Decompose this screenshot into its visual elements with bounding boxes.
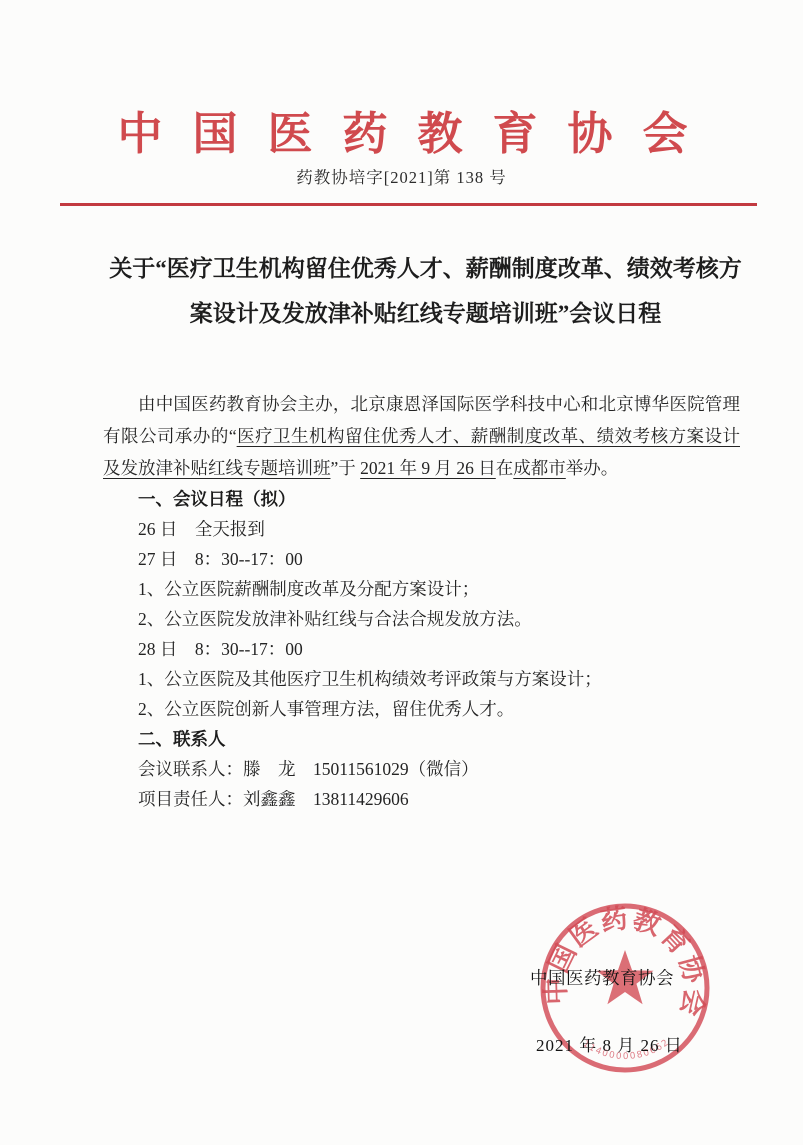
- contact-line: 项目责任人：刘鑫鑫 13811429606: [138, 784, 740, 814]
- document-title-line2: 案设计及发放津补贴红线专题培训班”会议日程: [103, 291, 748, 336]
- document-number: 药教协培字[2021]第 138 号: [0, 166, 803, 190]
- intro-text: 在: [496, 458, 514, 478]
- scanned-document-page: 中国医药教育协会 药教协培字[2021]第 138 号 关于“医疗卫生机构留住优…: [0, 0, 803, 1145]
- intro-underlined-city: 成都市: [513, 458, 566, 478]
- schedule-line: 28 日 8：30--17：00: [138, 634, 740, 664]
- intro-paragraph: 由中国医药教育协会主办，北京康恩泽国际医学科技中心和北京博华医院管理有限公司承办…: [103, 388, 740, 484]
- signature-date: 2021 年 8 月 26 日: [536, 1031, 683, 1056]
- section-heading-contacts: 二、联系人: [138, 724, 740, 754]
- document-body: 由中国医药教育协会主办，北京康恩泽国际医学科技中心和北京博华医院管理有限公司承办…: [103, 388, 740, 814]
- letterhead-org-name: 中国医药教育协会: [16, 106, 803, 162]
- section-heading-agenda: 一、会议日程（拟）: [138, 484, 740, 514]
- schedule-line: 2、公立医院创新人事管理方法，留住优秀人才。: [138, 694, 740, 724]
- intro-text: 举办。: [566, 458, 619, 478]
- schedule-line: 2、公立医院发放津补贴红线与合法合规发放方法。: [138, 604, 740, 634]
- schedule-line: 26 日 全天报到: [138, 514, 740, 544]
- contact-line: 会议联系人：滕 龙 15011561029（微信）: [138, 754, 740, 784]
- schedule-line: 1、公立医院及其他医疗卫生机构绩效考评政策与方案设计；: [138, 664, 740, 694]
- schedule-line: 1、公立医院薪酬制度改革及分配方案设计；: [138, 574, 740, 604]
- document-title-line1: 关于“医疗卫生机构留住优秀人才、薪酬制度改革、绩效考核方: [103, 246, 748, 291]
- signature-org-name: 中国医药教育协会: [530, 965, 674, 990]
- intro-underlined-date: 2021 年 9 月 26 日: [360, 458, 496, 478]
- intro-text: ”于: [331, 458, 361, 478]
- schedule-line: 27 日 8：30--17：00: [138, 544, 740, 574]
- letterhead-divider-rule: [60, 203, 757, 206]
- document-title: 关于“医疗卫生机构留住优秀人才、薪酬制度改革、绩效考核方 案设计及发放津补贴红线…: [103, 246, 748, 336]
